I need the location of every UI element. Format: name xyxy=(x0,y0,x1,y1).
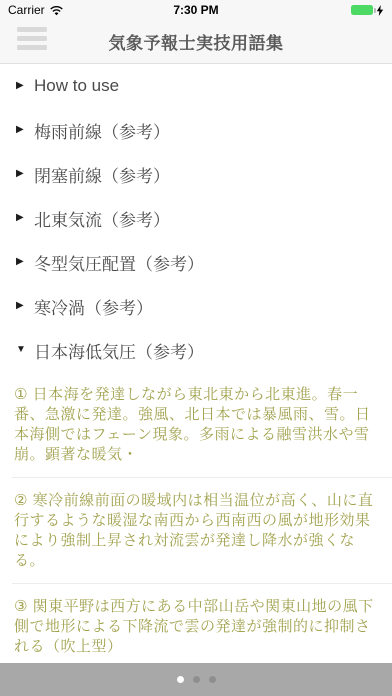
page-title: 気象予報士実技用語集 xyxy=(0,29,392,54)
chevron-right-icon: ▶ xyxy=(16,301,34,311)
chevron-right-icon: ▶ xyxy=(16,169,34,179)
list-item-cold-vortex[interactable]: ▶ 寒冷渦（参考） xyxy=(0,284,392,328)
app-window: Carrier 7:30 PM 気象予報士 xyxy=(0,0,392,696)
page-dot[interactable] xyxy=(209,676,216,683)
list-item-baiu-front[interactable]: ▶ 梅雨前線（参考） xyxy=(0,108,392,152)
chevron-right-icon: ▶ xyxy=(16,125,34,135)
glossary-list: ▶ How to use ▶ 梅雨前線（参考） ▶ 閉塞前線（参考） ▶ 北東気… xyxy=(0,64,392,696)
list-item-label: 日本海低気圧（参考） xyxy=(34,338,204,363)
charging-bolt-icon xyxy=(376,5,384,16)
nav-bar: 気象予報士実技用語集 xyxy=(0,20,392,64)
banner-page-control xyxy=(0,663,392,696)
list-item-japan-sea-low[interactable]: ▼ 日本海低気圧（参考） xyxy=(0,328,392,372)
list-item-label: 寒冷渦（参考） xyxy=(34,294,153,319)
chevron-right-icon: ▶ xyxy=(16,257,34,267)
chevron-down-icon: ▼ xyxy=(16,345,34,355)
list-item-northeast-airflow[interactable]: ▶ 北東気流（参考） xyxy=(0,196,392,240)
detail-paragraph-2: ② 寒冷前線前面の暖域内は相当温位が高く、山に直行するような暖湿な南西から西南西… xyxy=(0,478,392,583)
list-item-winter-pressure-pattern[interactable]: ▶ 冬型気圧配置（参考） xyxy=(0,240,392,284)
list-item-label: 冬型気圧配置（参考） xyxy=(34,250,204,275)
status-bar: Carrier 7:30 PM xyxy=(0,0,392,20)
chevron-right-icon: ▶ xyxy=(16,213,34,223)
page-dot-active[interactable] xyxy=(177,676,184,683)
detail-paragraph-1: ① 日本海を発達しながら東北東から北東進。春一番、急激に発達。強風、北日本では暴… xyxy=(0,372,392,477)
chevron-right-icon: ▶ xyxy=(16,81,34,91)
list-item-label: 閉塞前線（参考） xyxy=(34,162,170,187)
list-item-label: 北東気流（参考） xyxy=(34,206,170,231)
detail-paragraph-3: ③ 関東平野は西方にある中部山岳や関東山地の風下側で地形による下降流で雲の発達が… xyxy=(0,584,392,669)
list-item-label: How to use xyxy=(34,76,119,96)
list-item-label: 梅雨前線（参考） xyxy=(34,118,170,143)
list-item-occluded-front[interactable]: ▶ 閉塞前線（参考） xyxy=(0,152,392,196)
page-dot[interactable] xyxy=(193,676,200,683)
list-item-how-to-use[interactable]: ▶ How to use xyxy=(0,64,392,108)
battery-icon xyxy=(351,5,373,15)
clock: 7:30 PM xyxy=(0,3,392,17)
